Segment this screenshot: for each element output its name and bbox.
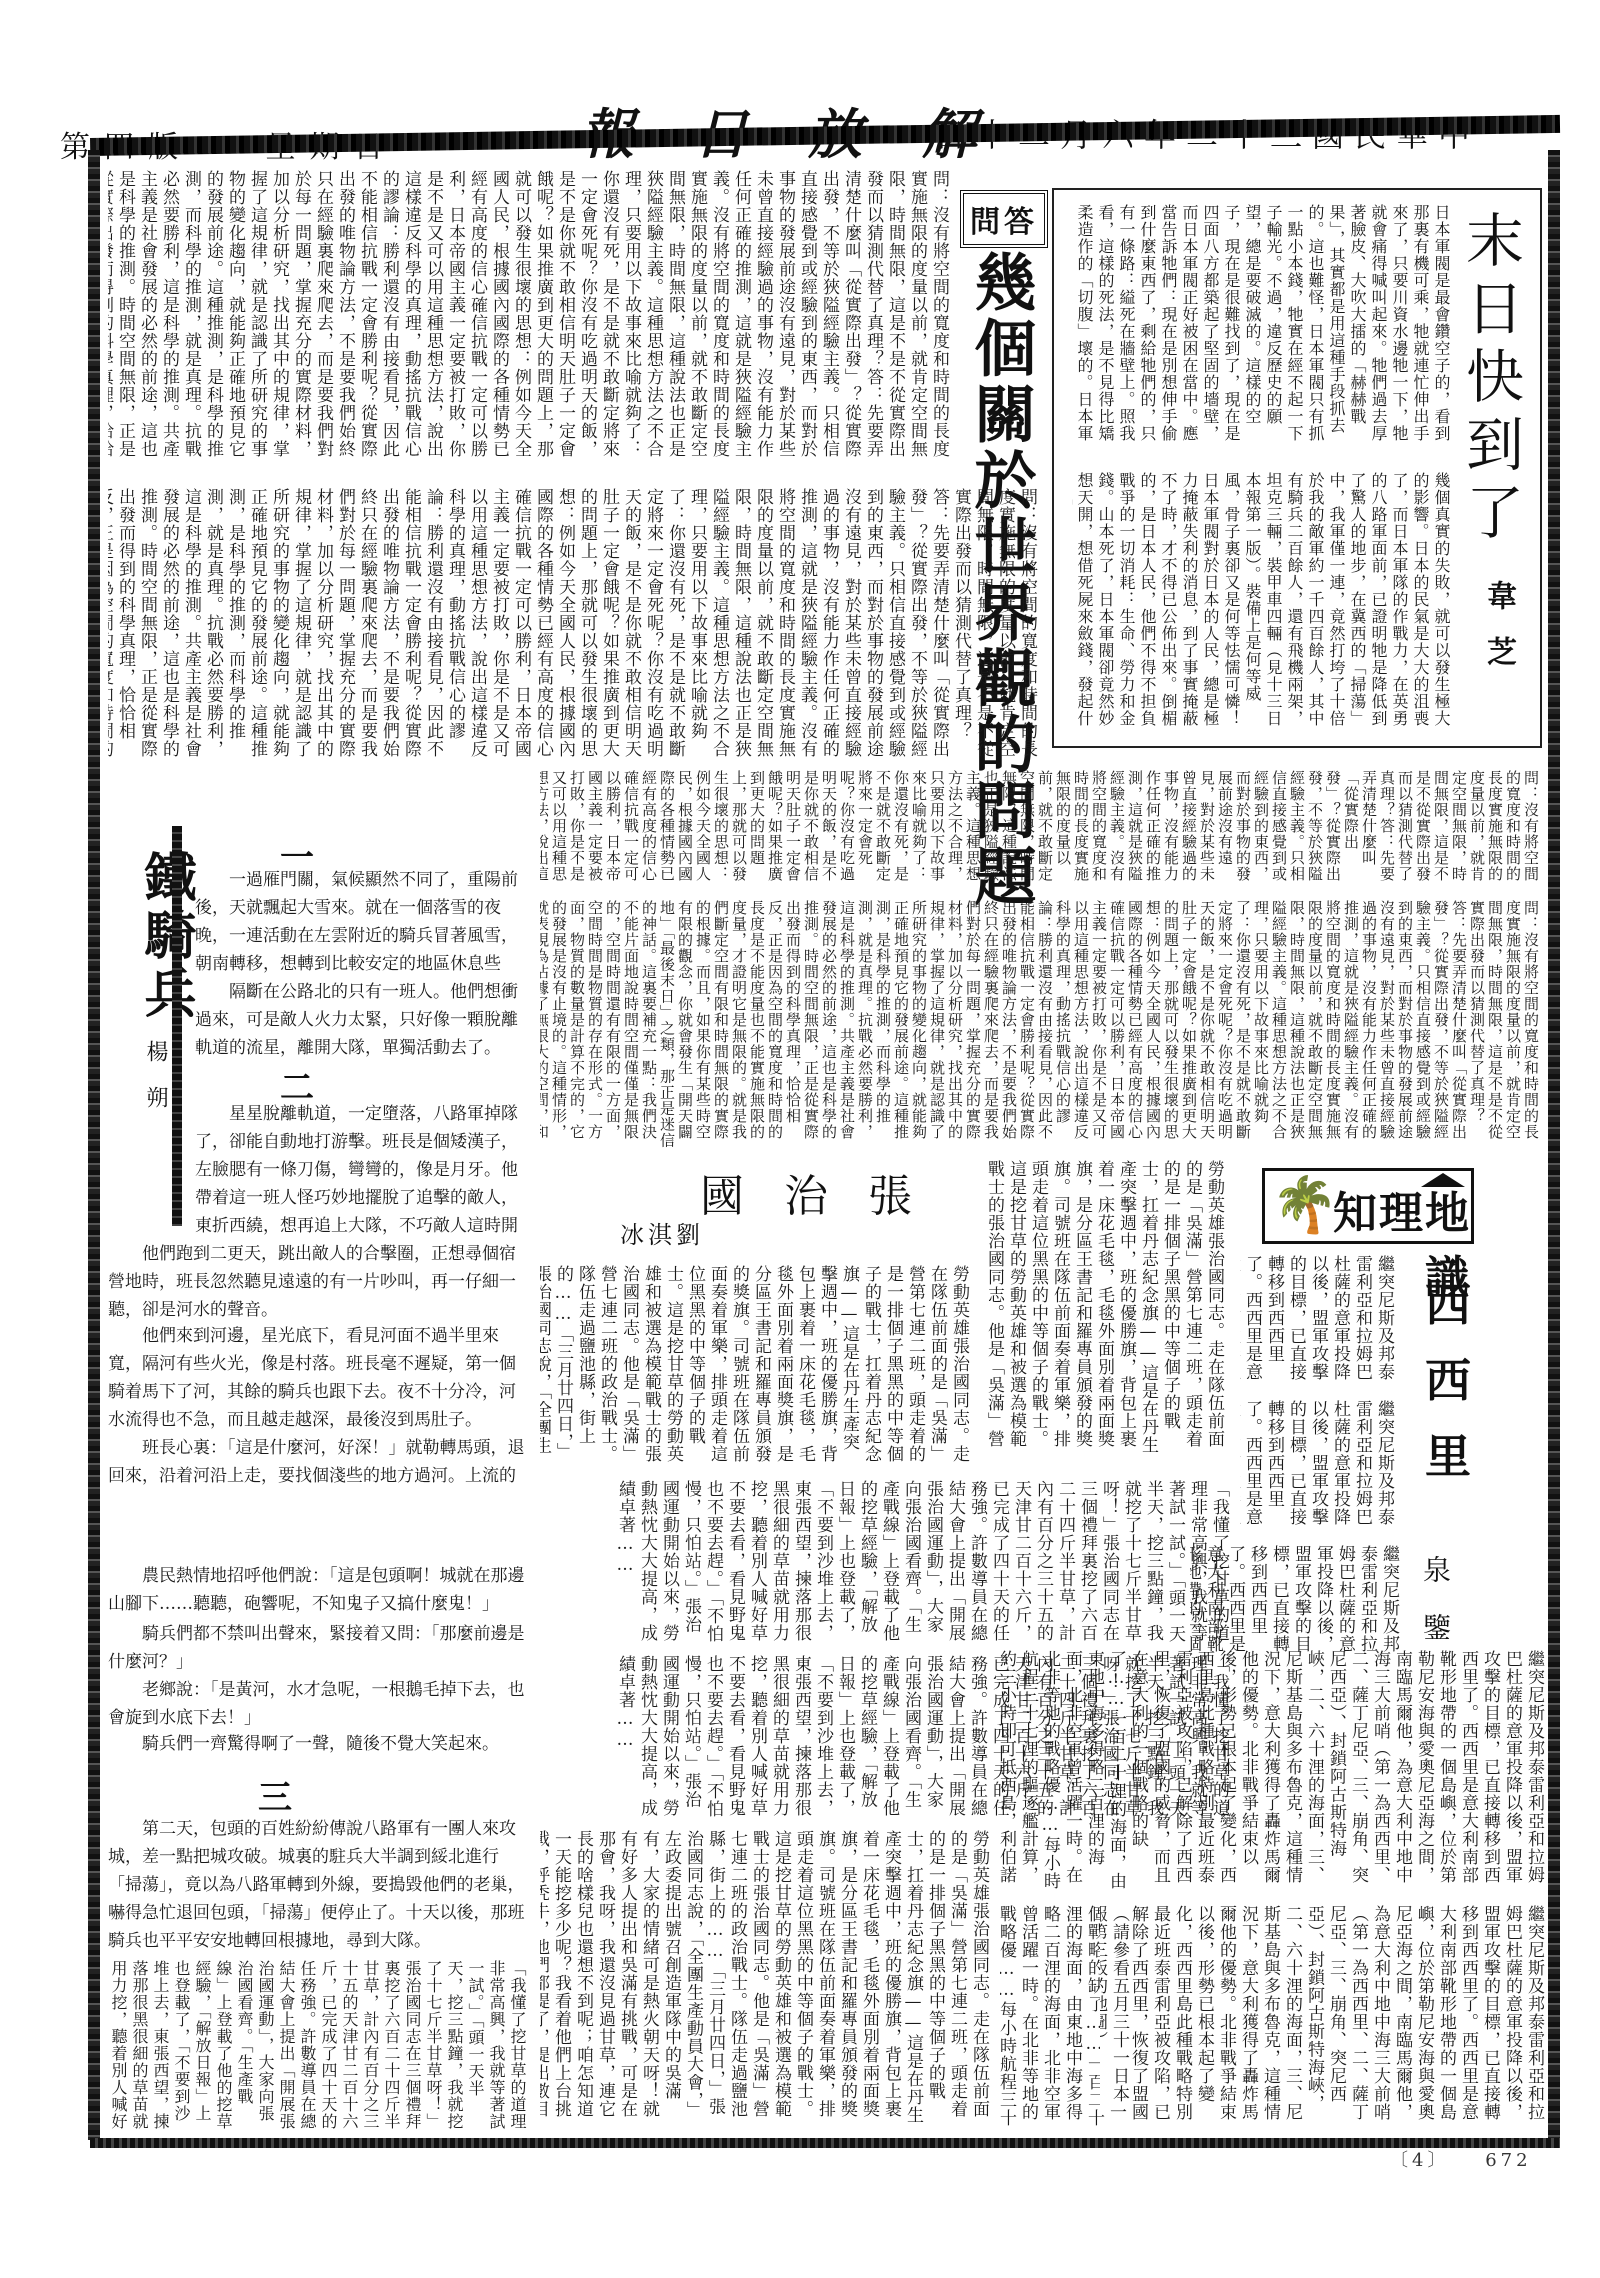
article-doomsday: 末日快到了 韋芝 日本軍閥是最會鑽空子的，看到那裏有機可乘，牠就連忙伸出手來了，…	[1052, 188, 1542, 748]
paragraph: 班長心裏：「這是什麼河，好深！」就勒轉馬頭，退回來，沿着河沿上走，要找個淺些的地…	[108, 1434, 528, 1564]
article-body-row3: 問：沒有將空間的寬度和時間的長度實施無限的度量以前，就肯定空間無限，時間無限，這…	[540, 770, 1540, 890]
article-body-row2: 「我懂了挖甘草的道理非常高興，我就等著試一試。」「頭一天半天，挖三點鐘，我就挖了…	[540, 1480, 1230, 1645]
paragraph: 騎兵們都不禁叫出聲來，緊接着又問：「那麼前邊是什麼河？」	[108, 1620, 528, 1676]
page-number: 〔4〕	[1390, 2150, 1449, 2171]
article-body-col1: 繼突尼斯及邦泰雷利亞和拉姆巴杜薩的意軍投降以後，盟軍攻擊的目標，已直接轉移到西西…	[1240, 1255, 1395, 1395]
qa-badge-label: 問答	[970, 197, 1038, 241]
article-body-upper: 日本軍閥是最會鑽空子的，看到那裏有機可乘，牠就連忙伸出手來了，只要川資水邊牠一下…	[1072, 204, 1452, 454]
article-body-upper: 勞動英雄張治國同志。走在隊伍前面的是「吳滿」營第七連二班，頭走着的是一排個子黑黑…	[540, 1265, 970, 1465]
paragraph: 他們跑到二更天，跳出敵人的合擊圈，正想尋個宿營地時，班長忽然聽見遠遠的有一片吵叫…	[108, 1240, 528, 1320]
article-author: 楊朔	[140, 1040, 171, 1132]
paragraph: 一過雁門關，氣候顯然不同了，重陽前後，天就飄起大雪來。就在一個落雪的夜晚，一連活…	[195, 866, 525, 976]
article-body-row1: 問：沒有將空間的寬度和時間的長度實施無限的度量以前，就肯定空間無限，時間無限，這…	[108, 170, 950, 470]
serial-number: 672	[1485, 2150, 1531, 2171]
paragraph: 農民熱情地招呼他們說：「這是包頭啊！城就在那邊山腳下……聽聽，砲響呢，不知鬼子又…	[108, 1562, 528, 1618]
article-author: 劉淇冰	[620, 1215, 704, 1250]
decorative-divider	[172, 826, 182, 1226]
article-body-row4: 問：沒有將空間的寬度和時間的長度實施無限的度量以前，就肯定空間無限，時間無限，這…	[540, 900, 1540, 1150]
map-reference-note: （請參看五月三十一日本報第三版的地圖）	[1100, 1905, 1130, 2105]
article-body-row2: 問：沒有將空間的寬度和時間的長度實施無限的度量以前，就肯定空間無限，時間無限，這…	[108, 488, 1038, 758]
page-folio: 〔4〕 672	[1390, 2146, 1532, 2172]
section-number: 三	[258, 1770, 292, 1819]
article-zhang-zhiguo-continued: 「我懂了挖甘草的道理非常高興，我就等著試一試。」「頭一天半天，挖三點鐘，我就挖了…	[108, 1960, 528, 2130]
article-body-right: 勞動英雄張治國同志。走在隊伍前面的是「吳滿」營第七連二班，頭走着的是一排個子黑黑…	[985, 1160, 1225, 1460]
paragraph: 隔斷在公路北的只有一班人。他們想衝過來，可是敵人火力太緊，只好像一顆脫離軌道的流…	[195, 978, 525, 1062]
right-border-bar	[1548, 150, 1560, 2140]
left-border-bar	[88, 150, 100, 2140]
column-header-geography: 🌴 地理知識	[1262, 1168, 1474, 1244]
paragraph: 他們來到河邊，星光底下，看見河面不過半里來寬，隔河有些火光，像是村落。班長毫不遲…	[108, 1322, 528, 1432]
bottom-border-bar	[90, 2138, 1560, 2148]
article-title-text: 張治國	[700, 1171, 952, 1222]
article-author: 韋芝	[1476, 580, 1520, 692]
article-body-lower: 幾個真實的失敗，就可以發生極大的影響。日本的民氣是大大的沮喪了，而日本軍隊的作戰…	[1072, 472, 1452, 732]
article-body-col4: 繼突尼斯及邦泰雷利亞和拉姆巴杜薩的意軍投降以後，盟軍攻擊的目標，已直接轉移到西西…	[1000, 1650, 1545, 1890]
paragraph: 星星脫離軌道，一定墮落，八路軍掉隊了，卻能自動地打游擊。班長是個矮漢子，左臉腮有…	[195, 1100, 525, 1240]
article-title: 鐵騎兵	[128, 850, 203, 1024]
article-body-row4: 勞動英雄張治國同志。走在隊伍前面的是「吳滿」營第七連二班，頭走着的是一排個子黑黑…	[540, 1830, 990, 2130]
paragraph: 騎兵們一齊驚得啊了一聲，隨後不覺大笑起來。	[108, 1730, 528, 1758]
article-body-col2: 繼突尼斯及邦泰雷利亞和拉姆巴杜薩的意軍投降以後，盟軍攻擊的目標，已直接轉移到西西…	[1240, 1400, 1395, 1540]
qa-badge: 問答	[960, 190, 1048, 248]
article-title: 張治國	[700, 1160, 952, 1224]
article-body-col3: 繼突尼斯及邦泰雷利亞和拉姆巴杜薩的意軍投降以後，盟軍攻擊的目標，已直接轉移到西西…	[1190, 1545, 1400, 1655]
paragraph: 第二天，包頭的百姓紛紛傳說八路軍有一團人來攻城，差一點把城攻破。城裏的駐兵大半調…	[108, 1815, 528, 1955]
article-title: 末日快到了	[1448, 210, 1532, 550]
article-body-col5: 繼突尼斯及邦泰雷利亞和拉姆巴杜薩的意軍投降以後，盟軍攻擊的目標，已直接轉移到西西…	[1000, 1905, 1545, 2130]
article-title: 西西里	[1412, 1280, 1478, 1508]
newspaper-page: 第四版 星期日 解放日報 中華民國三十二年六月二十日 末日快到了 韋芝 日本軍閥…	[0, 0, 1600, 2278]
article-author-text: 劉淇冰	[620, 1221, 704, 1249]
paragraph: 老鄉說：「是黃河，水才急呢，一根鵝毛掉下去，也會旋到水底下去！」	[108, 1676, 528, 1732]
